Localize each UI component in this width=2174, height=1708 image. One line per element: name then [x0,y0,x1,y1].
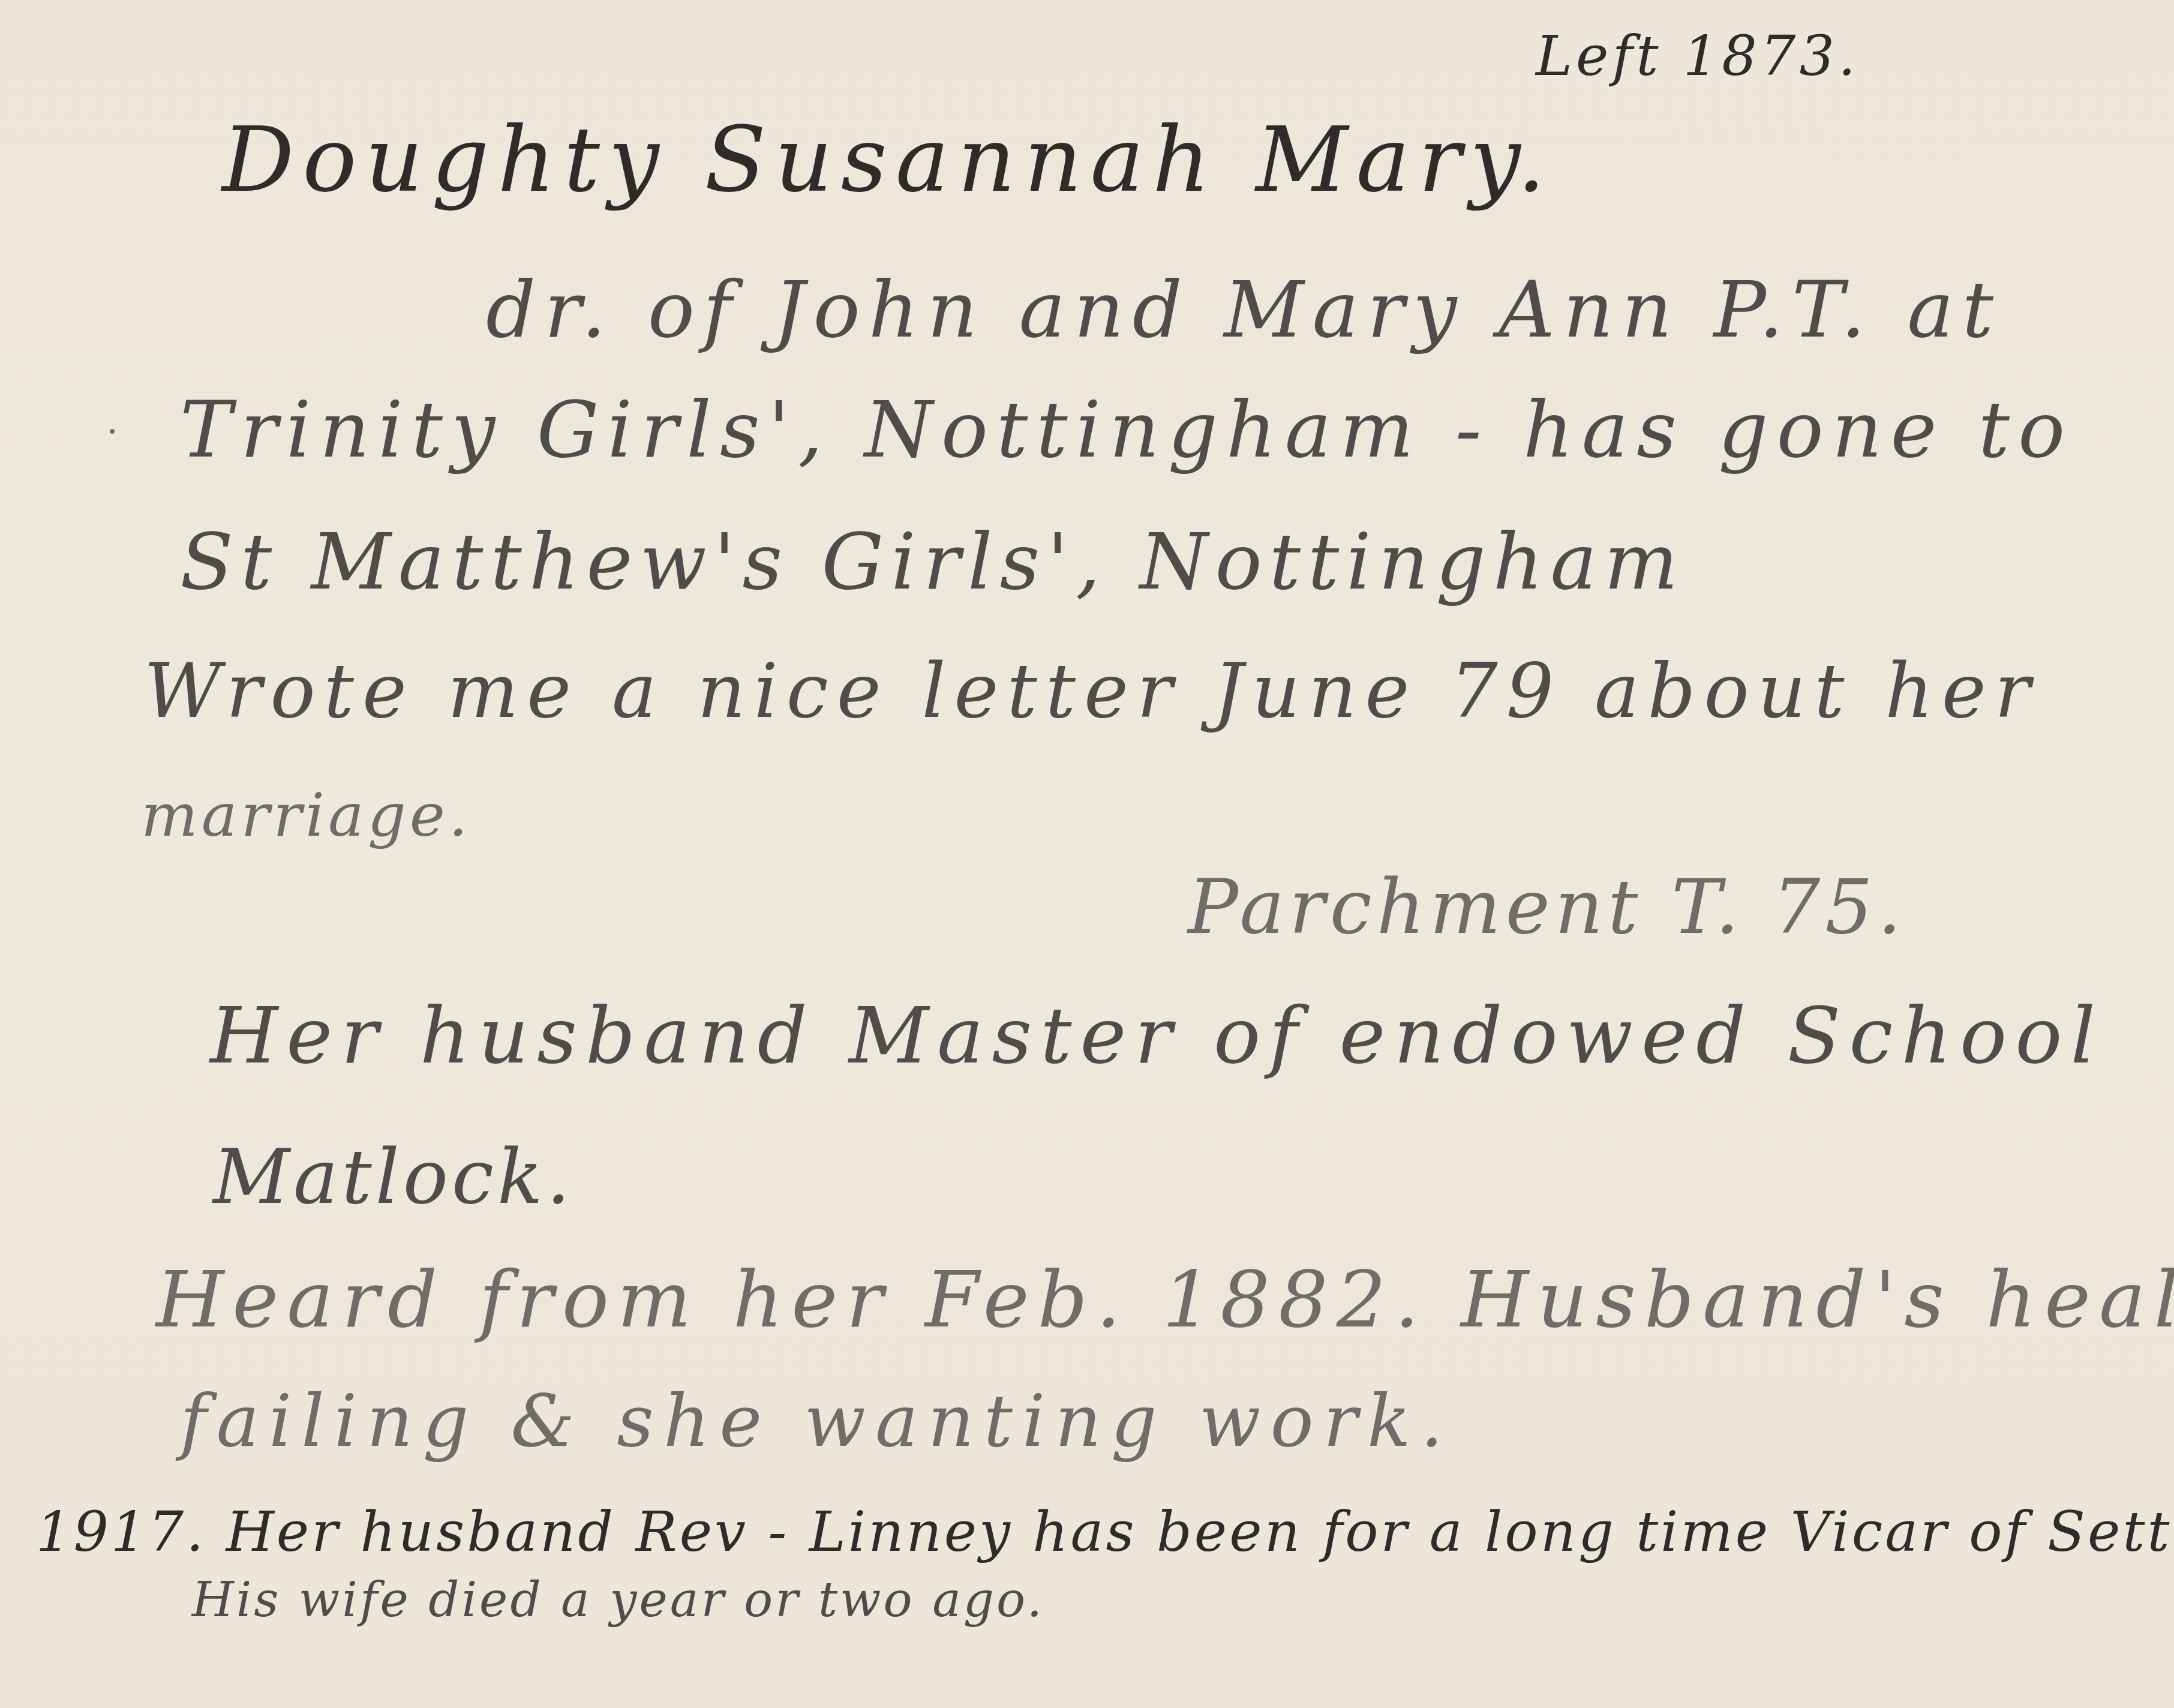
margin-mark [110,429,115,434]
addendum-text-1: Her husband Rev - Linney has been for a … [226,1500,2174,1564]
entry-line-husband: Her husband Master of endowed School [210,990,2104,1081]
entry-line-matlock: Matlock. [213,1134,573,1221]
entry-line-parents: dr. of John and Mary Ann P.T. at [486,264,2002,355]
entry-line-trinity: Trinity Girls', Nottingham - has gone to [180,384,2073,475]
addendum-line-2: His wife died a year or two ago. [192,1572,1044,1628]
left-year-note: Left 1873. [1536,24,1859,88]
addendum-year: 1917. [36,1500,206,1564]
certificate-note: Parchment T. 75. [1188,864,1906,951]
manuscript-page: Left 1873. Doughty Susannah Mary. dr. of… [0,0,2174,1708]
entry-line-letter: Wrote me a nice letter June 79 about her [144,648,2039,735]
name-heading: Doughty Susannah Mary. [222,108,1554,212]
entry-line-failing: failing & she wanting work. [180,1380,1453,1463]
entry-line-marriage: marriage. [141,780,472,850]
entry-line-st-matthews: St Matthew's Girls', Nottingham [180,516,1685,607]
entry-line-heard: Heard from her Feb. 1882. Husband's heal… [156,1254,2174,1345]
addendum-line-1: 1917. Her husband Rev - Linney has been … [36,1500,2174,1564]
